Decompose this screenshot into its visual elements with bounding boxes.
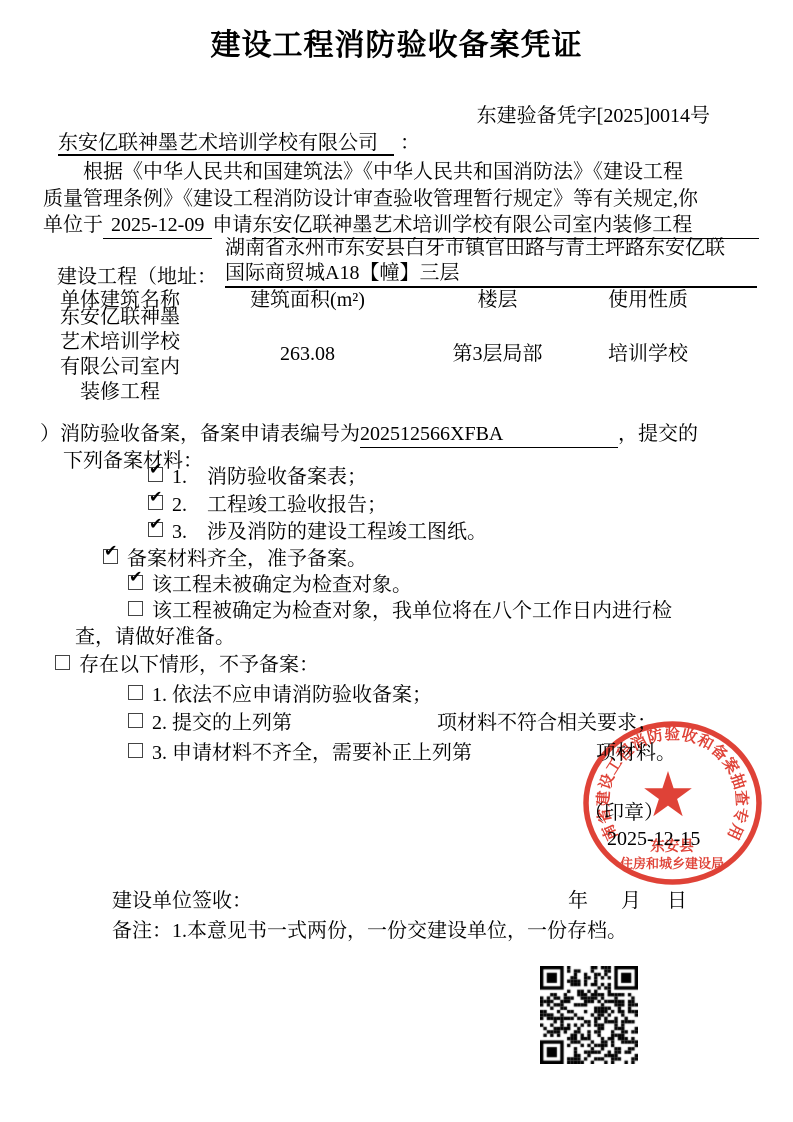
address-line-2: 国际商贸城A18【幢】三层 xyxy=(225,261,757,286)
recipient-name: 东安亿联神墨艺术培训学校有限公司 xyxy=(58,132,394,156)
material-item-3: ✔ 3. 涉及消防的建设工程竣工图纸。 xyxy=(148,519,487,545)
recipient-line: 东安亿联神墨艺术培训学校有限公司： xyxy=(58,130,420,156)
sign-label: 建设单位签收： xyxy=(112,888,252,914)
stamp-label: （印章） xyxy=(584,800,664,826)
material-item-2: ✔ 2. 工程竣工验收报告； xyxy=(148,492,387,518)
checkbox-reject[interactable] xyxy=(55,655,70,670)
filing-number-field: 202512566XFBA xyxy=(360,421,618,448)
approve-item: ✔ 备案材料齐全，准予备案。 xyxy=(103,546,367,572)
qr-code xyxy=(540,966,638,1064)
inspect-item: 该工程被确定为检查对象，我单位将在八个工作日内进行检 xyxy=(128,598,672,624)
intro-line-3: 单位于 2025-12-09 申请 东安亿联神墨艺术培训学校有限公司室内装修工程 xyxy=(43,212,759,239)
not-inspect-item: ✔ 该工程未被确定为检查对象。 xyxy=(128,572,412,598)
sign-date-line: 年 月 日 xyxy=(568,888,687,914)
col-header-usage: 使用性质 xyxy=(588,287,708,313)
document-page: 建设工程消防验收备案凭证 东建验备凭字[2025]0014号 东安亿联神墨艺术培… xyxy=(0,0,793,1122)
table-cell-building-name: 东安亿联神墨 艺术培训学校 有限公司室内 装修工程 xyxy=(40,305,200,405)
checkbox-material-3[interactable]: ✔ xyxy=(148,522,163,537)
day-label: 日 xyxy=(667,890,687,912)
recipient-colon: ： xyxy=(400,132,420,154)
checkbox-reject-3[interactable] xyxy=(128,743,143,758)
table-cell-usage: 培训学校 xyxy=(588,341,708,367)
checkbox-material-1[interactable]: ✔ xyxy=(148,467,163,482)
material-item-1: ✔ 1. 消防验收备案表； xyxy=(148,464,367,490)
month-label: 月 xyxy=(621,890,641,912)
checkbox-approve[interactable]: ✔ xyxy=(103,549,118,564)
seal-bureau: 住房和城乡建设局 xyxy=(620,856,724,871)
checkbox-reject-2[interactable] xyxy=(128,713,143,728)
reject-item-1: 1. 依法不应申请消防验收备案； xyxy=(128,682,432,708)
intro-line-3-mid: 申请 xyxy=(212,212,252,238)
year-label: 年 xyxy=(568,890,588,912)
note-line: 备注：1.本意见书一式两份，一份交建设单位，一份存档。 xyxy=(112,918,627,944)
reject-item-3: 3. 申请材料不齐全，需要补正上列第 项材料。 xyxy=(128,740,676,766)
page-title: 建设工程消防验收备案凭证 xyxy=(0,26,793,65)
reject-item-2: 2. 提交的上列第 项材料不符合相关要求； xyxy=(128,710,657,736)
inspect-item-line2: 查，请做好准备。 xyxy=(75,624,235,650)
col-header-area: 建筑面积(m²) xyxy=(230,287,385,313)
stamp-date: 2025-12-15 xyxy=(607,826,700,852)
project-name-field: 东安亿联神墨艺术培训学校有限公司室内装修工程 xyxy=(252,212,759,239)
checkbox-not-inspect[interactable]: ✔ xyxy=(128,575,143,590)
address-field: 湖南省永州市东安县白牙市镇官田路与青土坪路东安亿联 国际商贸城A18【幢】三层 xyxy=(225,236,757,288)
intro-line-1: 根据《中华人民共和国建筑法》《中华人民共和国消防法》《建设工程 xyxy=(43,159,759,185)
apply-date-field: 2025-12-09 xyxy=(103,212,212,239)
checkbox-reject-1[interactable] xyxy=(128,685,143,700)
table-cell-floor: 第3层局部 xyxy=(430,341,565,367)
reject-header-item: 存在以下情形，不予备案： xyxy=(55,652,319,678)
document-number: 东建验备凭字[2025]0014号 xyxy=(0,103,710,129)
address-line-1: 湖南省永州市东安县白牙市镇官田路与青土坪路东安亿联 xyxy=(225,236,757,261)
table-cell-area: 263.08 xyxy=(230,341,385,367)
filing-suffix: ，提交的 xyxy=(618,421,698,447)
col-header-floor: 楼层 xyxy=(430,287,565,313)
intro-line-3-prefix: 单位于 xyxy=(43,212,103,238)
filing-prefix: ）消防验收备案，备案申请表编号为 xyxy=(40,421,360,447)
filing-line: ）消防验收备案，备案申请表编号为 202512566XFBA ，提交的 xyxy=(40,421,757,448)
checkbox-material-2[interactable]: ✔ xyxy=(148,495,163,510)
checkbox-inspect[interactable] xyxy=(128,601,143,616)
intro-line-2: 质量管理条例》《建设工程消防设计审查验收管理暂行规定》等有关规定,你 xyxy=(43,186,759,212)
